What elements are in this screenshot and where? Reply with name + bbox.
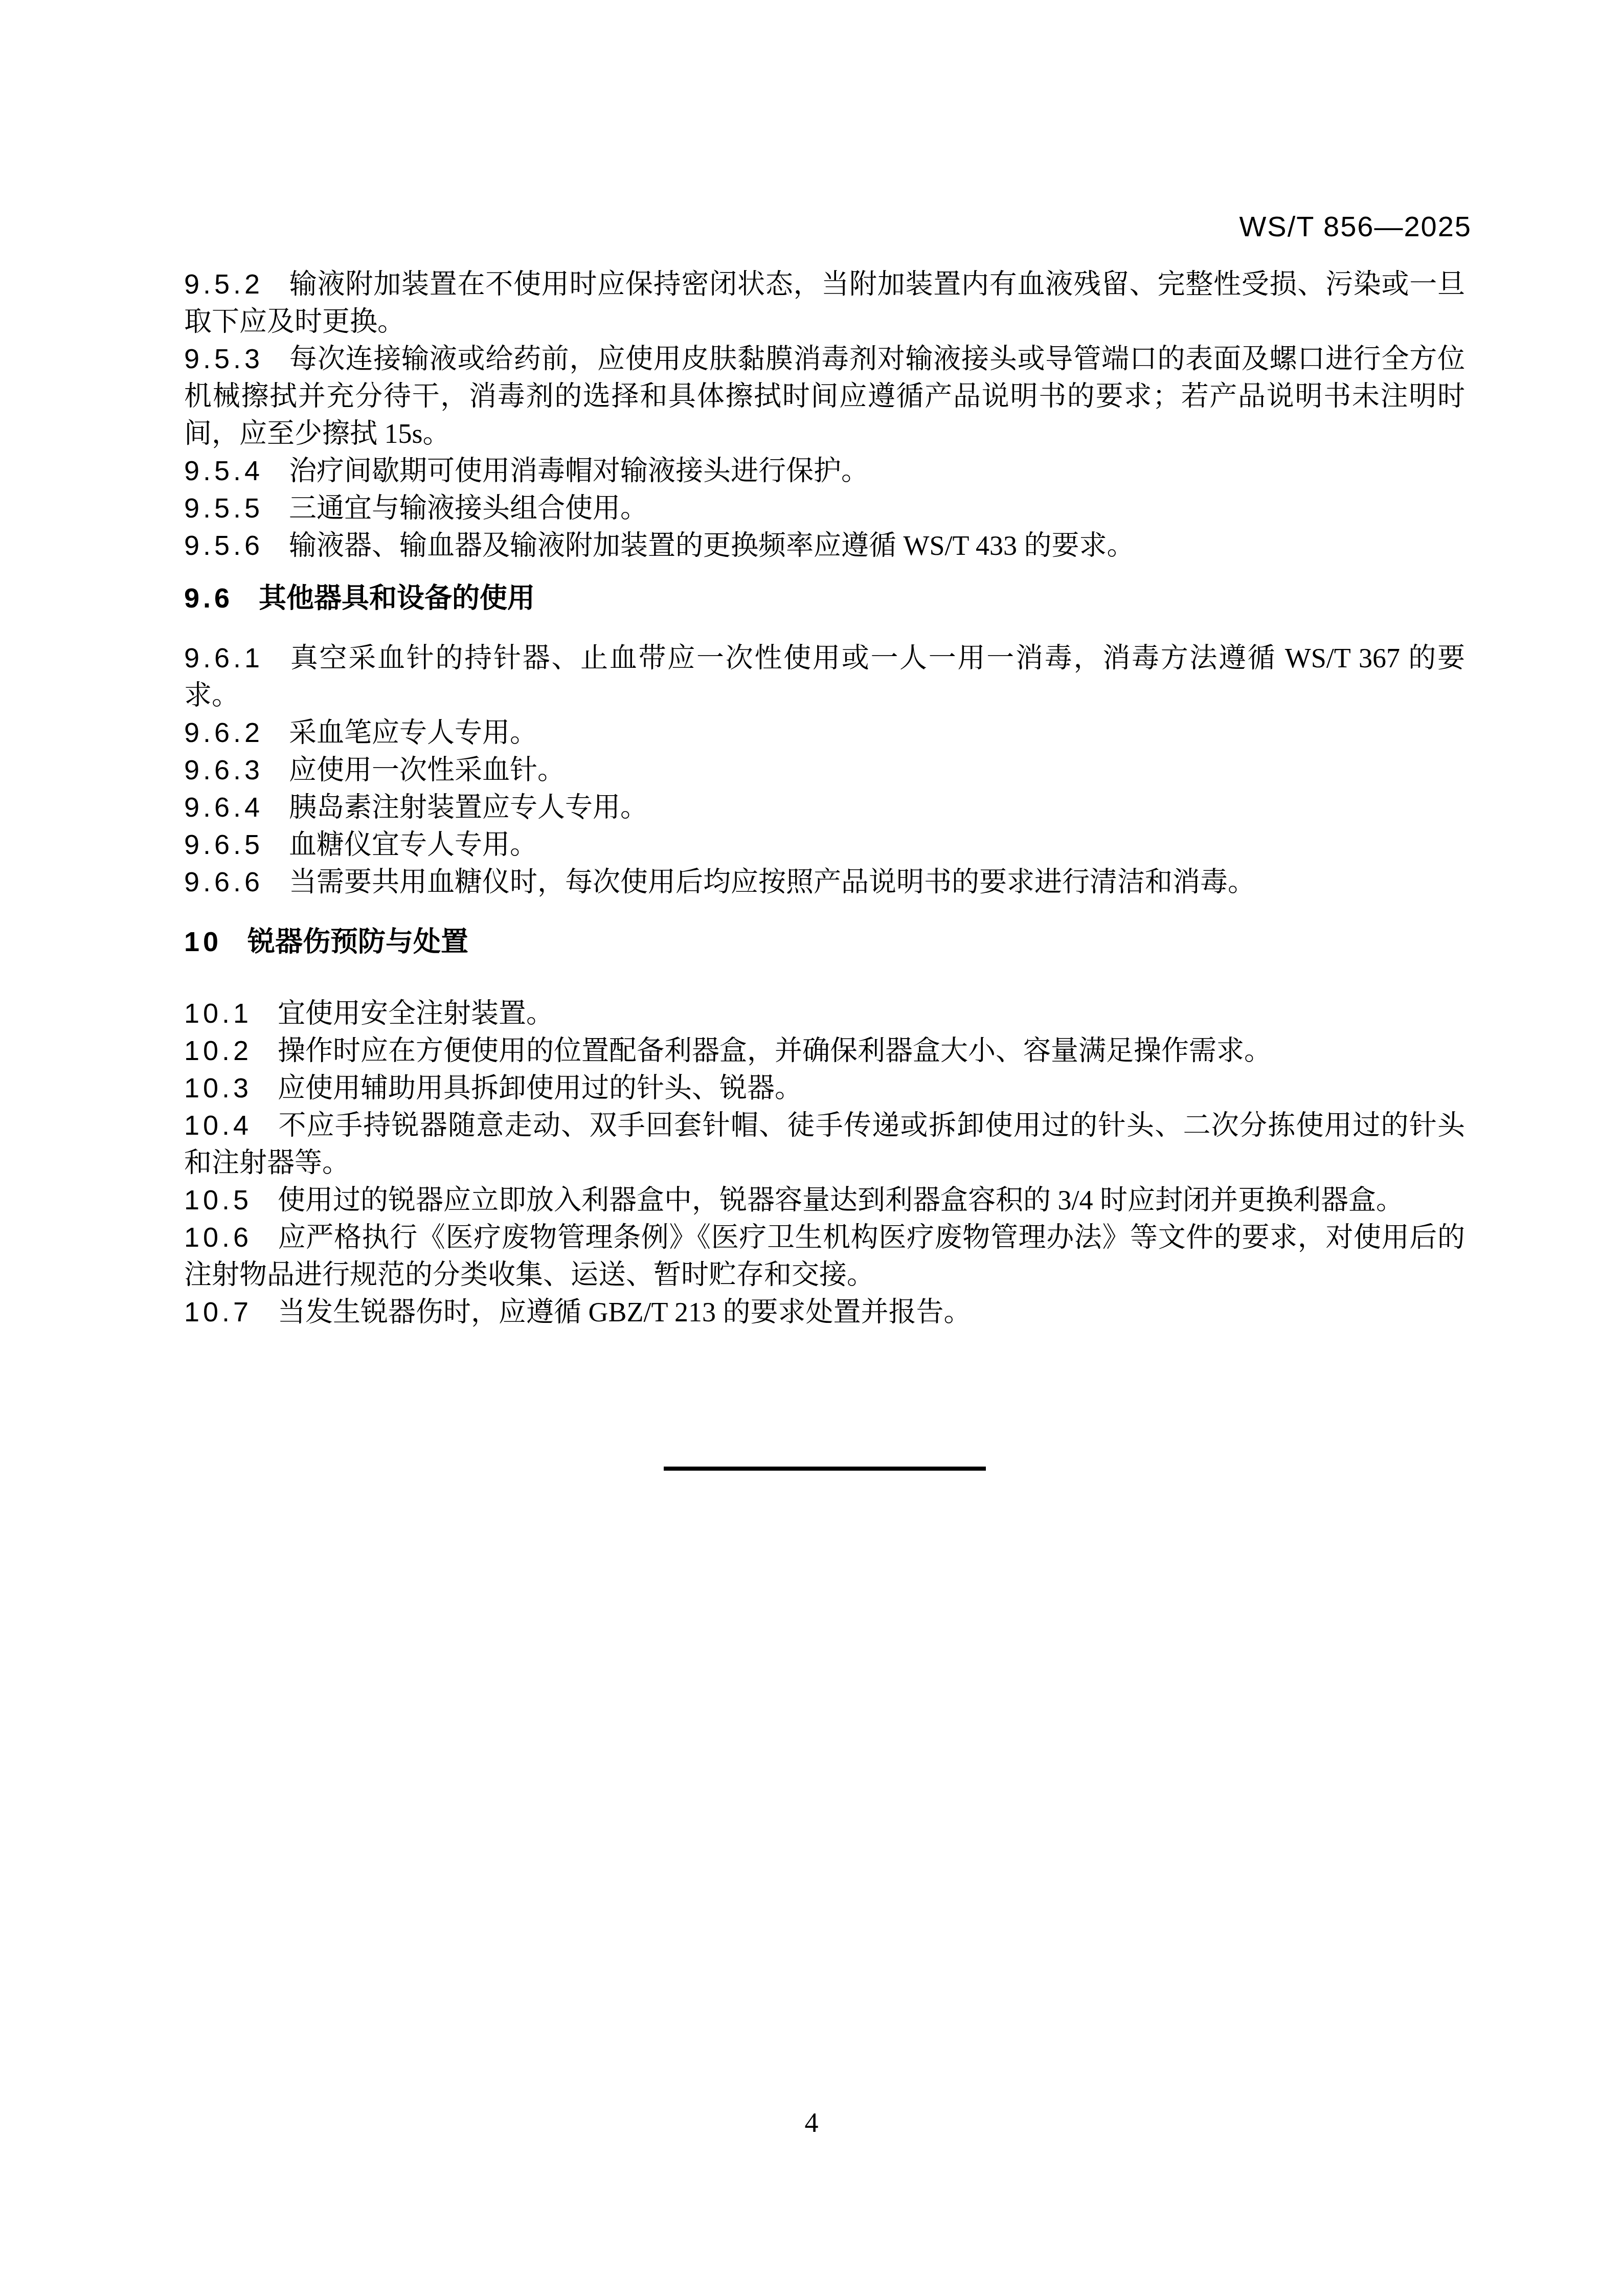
clause-text: 应使用辅助用具拆卸使用过的针头、锐器。 [278, 1073, 802, 1104]
clause: 10.3应使用辅助用具拆卸使用过的针头、锐器。 [184, 1070, 1465, 1107]
page-number: 4 [0, 2107, 1623, 2139]
clause-text: 当需要共用血糖仪时，每次使用后均应按照产品说明书的要求进行清洁和消毒。 [289, 867, 1255, 897]
clause-number: 9.6.6 [184, 867, 263, 897]
clause-text: 操作时应在方便使用的位置配备利器盒，并确保利器盒大小、容量满足操作需求。 [278, 1036, 1272, 1066]
clause-text: 其他器具和设备的使用 [259, 583, 535, 614]
clause-number: 10.1 [184, 998, 252, 1029]
clause-text: 治疗间歇期可使用消毒帽对输液接头进行保护。 [289, 456, 869, 486]
clause-number: 9.5.6 [184, 530, 263, 561]
clause: 9.5.4治疗间歇期可使用消毒帽对输液接头进行保护。 [184, 453, 1465, 490]
clause-number: 9.6 [184, 583, 233, 614]
clause-text: 三通宜与输液接头组合使用。 [289, 493, 648, 524]
clause: 9.6.2采血笔应专人专用。 [184, 714, 1465, 752]
clause: 9.5.6输液器、输血器及输液附加装置的更换频率应遵循 WS/T 433 的要求… [184, 527, 1465, 565]
clause-text: 输液器、输血器及输液附加装置的更换频率应遵循 WS/T 433 的要求。 [289, 530, 1135, 561]
clause-list: 9.5.2输液附加装置在不使用时应保持密闭状态，当附加装置内有血液残留、完整性受… [184, 266, 1465, 1331]
clause: 9.6.3应使用一次性采血针。 [184, 752, 1465, 789]
clause: 9.6.1真空采血针的持针器、止血带应一次性使用或一人一用一消毒，消毒方法遵循 … [184, 640, 1465, 714]
clause-text: 胰岛素注射装置应专人专用。 [289, 792, 648, 823]
clause-text: 不应手持锐器随意走动、双手回套针帽、徒手传递或拆卸使用过的针头、二次分拣使用过的… [184, 1110, 1465, 1178]
end-of-text-rule [664, 1467, 986, 1471]
clause-text: 应使用一次性采血针。 [289, 755, 565, 785]
clause-number: 9.5.5 [184, 493, 263, 524]
clause-number: 9.5.4 [184, 456, 263, 486]
clause-text: 使用过的锐器应立即放入利器盒中，锐器容量达到利器盒容积的 3/4 时应封闭并更换… [278, 1185, 1404, 1215]
clause-number: 9.5.2 [184, 269, 263, 300]
document-page: { "page": { "header": "WS/T 856—2025", "… [0, 0, 1623, 2296]
clause: 10.6应严格执行《医疗废物管理条例》《医疗卫生机构医疗废物管理办法》等文件的要… [184, 1219, 1465, 1294]
clause-number: 9.6.1 [184, 643, 263, 673]
clause: 10.1宜使用安全注射装置。 [184, 995, 1465, 1032]
clause-text: 应严格执行《医疗废物管理条例》《医疗卫生机构医疗废物管理办法》等文件的要求，对使… [184, 1222, 1465, 1290]
section-heading: 9.6其他器具和设备的使用 [184, 580, 1465, 617]
clause: 9.5.2输液附加装置在不使用时应保持密闭状态，当附加装置内有血液残留、完整性受… [184, 266, 1465, 341]
clause-number: 9.6.4 [184, 792, 263, 823]
clause: 9.5.3每次连接输液或给药前，应使用皮肤黏膜消毒剂对输液接头或导管端口的表面及… [184, 341, 1465, 453]
clause-text: 真空采血针的持针器、止血带应一次性使用或一人一用一消毒，消毒方法遵循 WS/T … [184, 643, 1465, 711]
clause-number: 9.6.5 [184, 829, 263, 860]
clause-text: 锐器伤预防与处置 [247, 927, 468, 957]
clause: 9.6.4胰岛素注射装置应专人专用。 [184, 789, 1465, 826]
clause: 10.5使用过的锐器应立即放入利器盒中，锐器容量达到利器盒容积的 3/4 时应封… [184, 1182, 1465, 1219]
clause: 10.7当发生锐器伤时，应遵循 GBZ/T 213 的要求处置并报告。 [184, 1294, 1465, 1331]
clause-text: 宜使用安全注射装置。 [278, 998, 554, 1029]
clause-text: 每次连接输液或给药前，应使用皮肤黏膜消毒剂对输液接头或导管端口的表面及螺口进行全… [184, 344, 1465, 449]
clause-text: 当发生锐器伤时，应遵循 GBZ/T 213 的要求处置并报告。 [278, 1297, 972, 1327]
clause-text: 采血笔应专人专用。 [289, 717, 537, 748]
clause: 9.6.6当需要共用血糖仪时，每次使用后均应按照产品说明书的要求进行清洁和消毒。 [184, 864, 1465, 901]
document-body: 9.5.2输液附加装置在不使用时应保持密闭状态，当附加装置内有血液残留、完整性受… [184, 266, 1465, 1471]
clause: 9.5.5三通宜与输液接头组合使用。 [184, 490, 1465, 527]
clause-number: 9.6.3 [184, 755, 263, 785]
clause-number: 9.6.2 [184, 717, 263, 748]
clause-text: 输液附加装置在不使用时应保持密闭状态，当附加装置内有血液残留、完整性受损、污染或… [184, 269, 1465, 337]
clause-number: 10.7 [184, 1297, 252, 1327]
clause-number: 9.5.3 [184, 344, 263, 374]
clause-number: 10.6 [184, 1222, 252, 1253]
section-heading: 10锐器伤预防与处置 [184, 924, 1465, 961]
clause-number: 10.2 [184, 1036, 252, 1066]
clause-number: 10 [184, 927, 222, 957]
clause: 10.2操作时应在方便使用的位置配备利器盒，并确保利器盒大小、容量满足操作需求。 [184, 1032, 1465, 1070]
clause-number: 10.3 [184, 1073, 252, 1104]
clause: 10.4不应手持锐器随意走动、双手回套针帽、徒手传递或拆卸使用过的针头、二次分拣… [184, 1107, 1465, 1182]
clause-number: 10.4 [184, 1110, 252, 1141]
clause-number: 10.5 [184, 1185, 252, 1215]
clause: 9.6.5血糖仪宜专人专用。 [184, 826, 1465, 864]
clause-text: 血糖仪宜专人专用。 [289, 829, 537, 860]
standard-number-header: WS/T 856—2025 [1239, 210, 1472, 243]
